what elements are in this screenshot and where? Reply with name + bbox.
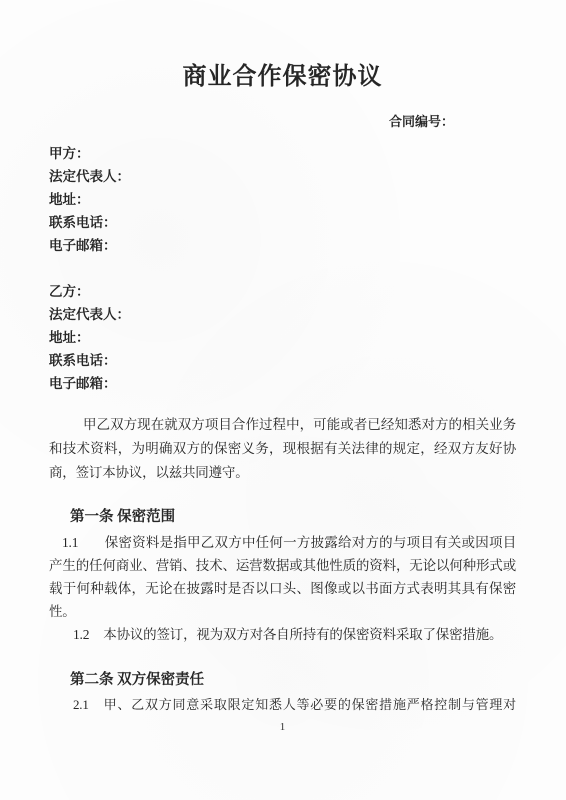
clause-1-2: 1.2本协议的签订，视为双方对各自所持有的保密资料采取了保密措施。 (49, 623, 516, 646)
party-b-phone-label: 联系电话： (49, 349, 516, 372)
document-title: 商业合作保密协议 (49, 62, 516, 92)
clause-2-1-number: 2.1 (73, 697, 89, 712)
document-page: 商业合作保密协议 合同编号： 甲方： 法定代表人： 地址： 联系电话： 电子邮箱… (0, 0, 566, 800)
party-a-legal-rep-label: 法定代表人： (49, 165, 516, 188)
party-b-label: 乙方： (49, 280, 516, 303)
party-b-email-label: 电子邮箱： (49, 372, 516, 395)
page-number: 1 (49, 720, 516, 734)
party-b-legal-rep-label: 法定代表人： (49, 303, 516, 326)
clause-1-1-number: 1.1 (62, 535, 78, 550)
party-b-address-label: 地址： (49, 326, 516, 349)
contract-number-label: 合同编号： (49, 114, 516, 130)
section-1-heading: 第一条 保密范围 (70, 505, 516, 529)
intro-paragraph: 甲乙双方现在就双方项目合作过程中，可能或者已经知悉对方的相关业务和技术资料，为明… (49, 413, 516, 485)
clause-1-1: 1.1保密资料是指甲乙双方中任何一方披露给对方的与项目有关或因项目产生的任何商业… (49, 531, 516, 623)
party-b-block: 乙方： 法定代表人： 地址： 联系电话： 电子邮箱： (49, 280, 516, 395)
clause-2-1-text: 甲、乙双方同意采取限定知悉人等必要的保密措施严格控制与管理对 (103, 697, 516, 712)
clause-1-2-text: 本协议的签订，视为双方对各自所持有的保密资料采取了保密措施。 (103, 627, 502, 642)
clause-1-1-text: 保密资料是指甲乙双方中任何一方披露给对方的与项目有关或因项目产生的任何商业、营销… (49, 535, 516, 619)
party-a-email-label: 电子邮箱： (49, 234, 516, 257)
clause-1-2-number: 1.2 (73, 627, 89, 642)
clause-2-1: 2.1甲、乙双方同意采取限定知悉人等必要的保密措施严格控制与管理对 (49, 693, 516, 716)
party-a-address-label: 地址： (49, 188, 516, 211)
party-a-phone-label: 联系电话： (49, 211, 516, 234)
party-a-label: 甲方： (49, 142, 516, 165)
party-a-block: 甲方： 法定代表人： 地址： 联系电话： 电子邮箱： (49, 142, 516, 257)
section-2-heading: 第二条 双方保密责任 (70, 668, 516, 692)
